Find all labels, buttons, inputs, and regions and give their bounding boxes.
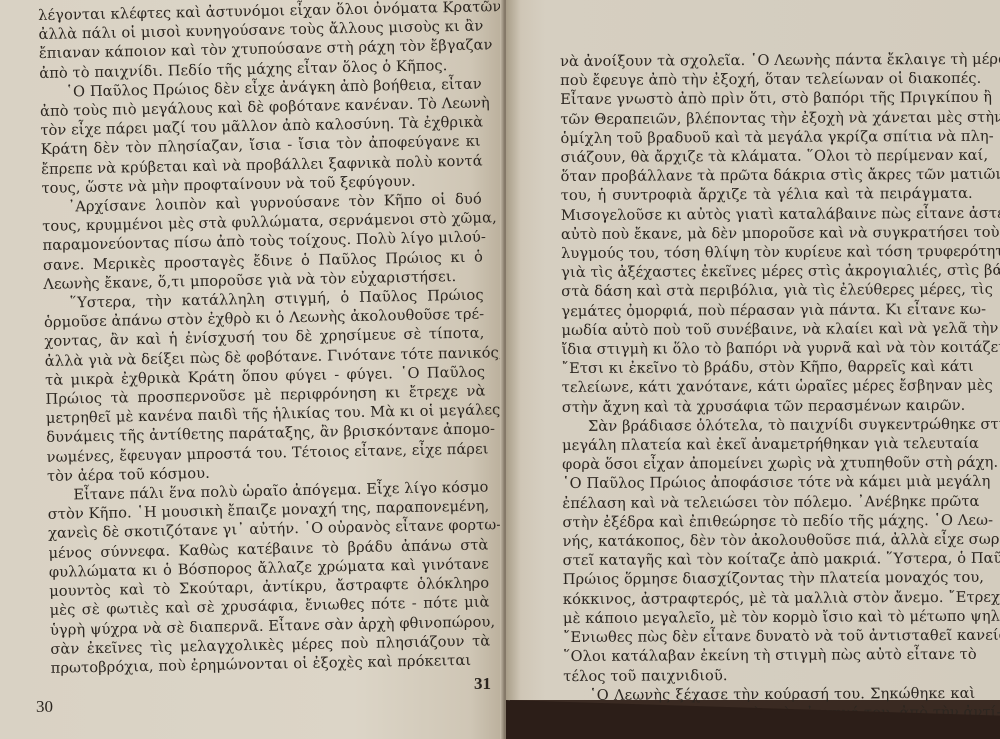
text-line: αὐτὸ ποὺ ἔκανε, μὰ δὲν μποροῦσε καὶ νὰ σ… — [561, 223, 973, 244]
right-page: νὰ ἀνοίξουν τὰ σχολεῖα. ῾Ο Λεωνὴς πάντα … — [506, 0, 1000, 700]
text-line: Σὰν βράδιασε ὁλότελα, τὸ παιχνίδι συγκεν… — [562, 415, 974, 436]
left-page-text: λέγονται κλέφτες καὶ ἀστυνόμοι εἶχαν ὅλο… — [38, 0, 491, 678]
text-line: στεῖ καταγῆς καὶ τὸν κοίταζε ἀπὸ μακριά.… — [563, 549, 975, 570]
text-line: ῞Ολοι κατάλαβαν ἐκείνη τὴ στιγμὴ πὼς αὐτ… — [563, 645, 975, 666]
left-page: λέγονται κλέφτες καὶ ἀστυνόμοι εἶχαν ὅλο… — [0, 0, 506, 739]
text-line: Εἶτανε γνωστὸ ἀπὸ πρὶν ὅτι, στὸ βαπόρι τ… — [560, 88, 972, 109]
text-line: γιὰ τὶς ἀξέχαστες ἐκεῖνες μέρες στὶς ἀκρ… — [561, 261, 973, 282]
text-line: γεμάτες ὀμορφιά, ποὺ πέρασαν γιὰ πάντα. … — [561, 299, 973, 320]
text-line: φορὰ ὅσοι εἶχαν ἀπομείνει χωρὶς νὰ χτυπη… — [562, 453, 974, 474]
page-number-right: 31 — [474, 674, 491, 694]
text-line: τῶν Θεραπειῶν, βλέποντας τὴν ἐξοχὴ νὰ χά… — [560, 107, 972, 128]
text-line: νὰ ἀνοίξουν τὰ σχολεῖα. ῾Ο Λεωνὴς πάντα … — [560, 50, 972, 71]
text-line: ποὺ ἔφευγε ἀπὸ τὴν ἐξοχή, ὅταν τελείωναν… — [560, 69, 972, 90]
text-line: ἴδια στιγμὴ κι ὅλο τὸ βαπόρι νὰ γυρνᾶ κα… — [562, 338, 974, 359]
text-line: ἐπέλαση καὶ νὰ τελειώσει τὸν πόλεμο. ᾿Αν… — [562, 492, 974, 513]
text-line: λυγμούς του, τόση θλίψη τὸν κυρίευε καὶ … — [561, 242, 973, 263]
text-line: τελείωνε, κάτι χανότανε, κάτι ὡραῖες μέρ… — [562, 376, 974, 397]
text-line: μωδία αὐτὸ ποὺ τοῦ συνέβαινε, νὰ κλαίει … — [561, 319, 973, 340]
text-line: μεγάλη πλατεία καὶ ἐκεῖ ἀναμετρήθηκαν γι… — [562, 434, 974, 455]
text-line: σιάζουν, θὰ ἄρχιζε τὰ κλάματα. ῞Ολοι τὸ … — [561, 146, 973, 167]
text-line: Πρώιος ὅρμησε διασχίζοντας τὴν πλατεία μ… — [563, 568, 975, 589]
text-line: στὴν ἐξέδρα καὶ ἐπιθεώρησε τὸ πεδίο τῆς … — [562, 511, 974, 532]
text-line: ῾Ο Παῦλος Πρώιος ἀποφάσισε τότε νὰ κάμει… — [562, 472, 974, 493]
text-line: κόκκινος, ἀστραφτερός, μὲ τὰ μαλλιὰ στὸν… — [563, 588, 975, 609]
text-line: ῾Ο Λεωνὴς ξέχασε τὴν κούρασή του. Σηκώθη… — [563, 684, 975, 705]
text-line: ῎Ενιωθες πὼς δὲν εἶτανε δυνατὸ νὰ τοῦ ἀν… — [563, 626, 975, 647]
text-line: στὴν ἄχνη καὶ τὰ χρυσάφια τῶν περασμένων… — [562, 395, 974, 416]
text-line: Μισογελοῦσε κι αὐτὸς γιατὶ καταλάβαινε π… — [561, 203, 973, 224]
text-line: νής, κατάκοπος, δὲν τὸν ἀκολουθοῦσε πιά,… — [563, 530, 975, 551]
text-line: του, ἡ συντροφιὰ ἄρχιζε τὰ γέλια καὶ τὰ … — [561, 184, 973, 205]
open-book: λέγονται κλέφτες καὶ ἀστυνόμοι εἶχαν ὅλο… — [0, 0, 1000, 739]
text-line: μὲ κάποιο μεγαλεῖο, μὲ τὸν κορμὸ ἴσιο κα… — [563, 607, 975, 628]
page-number-left: 30 — [36, 697, 53, 717]
text-line: στὰ δάση καὶ στὰ περιβόλια, γιὰ τὶς ἐλεύ… — [561, 280, 973, 301]
text-line: τέλος τοῦ παιχνιδιοῦ. — [563, 664, 975, 685]
text-line: ὁμίχλη τοῦ βραδυοῦ καὶ τὰ μεγάλα γκρίζα … — [560, 127, 972, 148]
text-line: ῎Ετσι κι ἐκεῖνο τὸ βράδυ, στὸν Κῆπο, θαρ… — [562, 357, 974, 378]
text-line: ὅταν προβάλλανε τὰ πρῶτα δάκρια στὶς ἄκρ… — [561, 165, 973, 186]
right-page-text: νὰ ἀνοίξουν τὰ σχολεῖα. ῾Ο Λεωνὴς πάντα … — [560, 50, 976, 724]
